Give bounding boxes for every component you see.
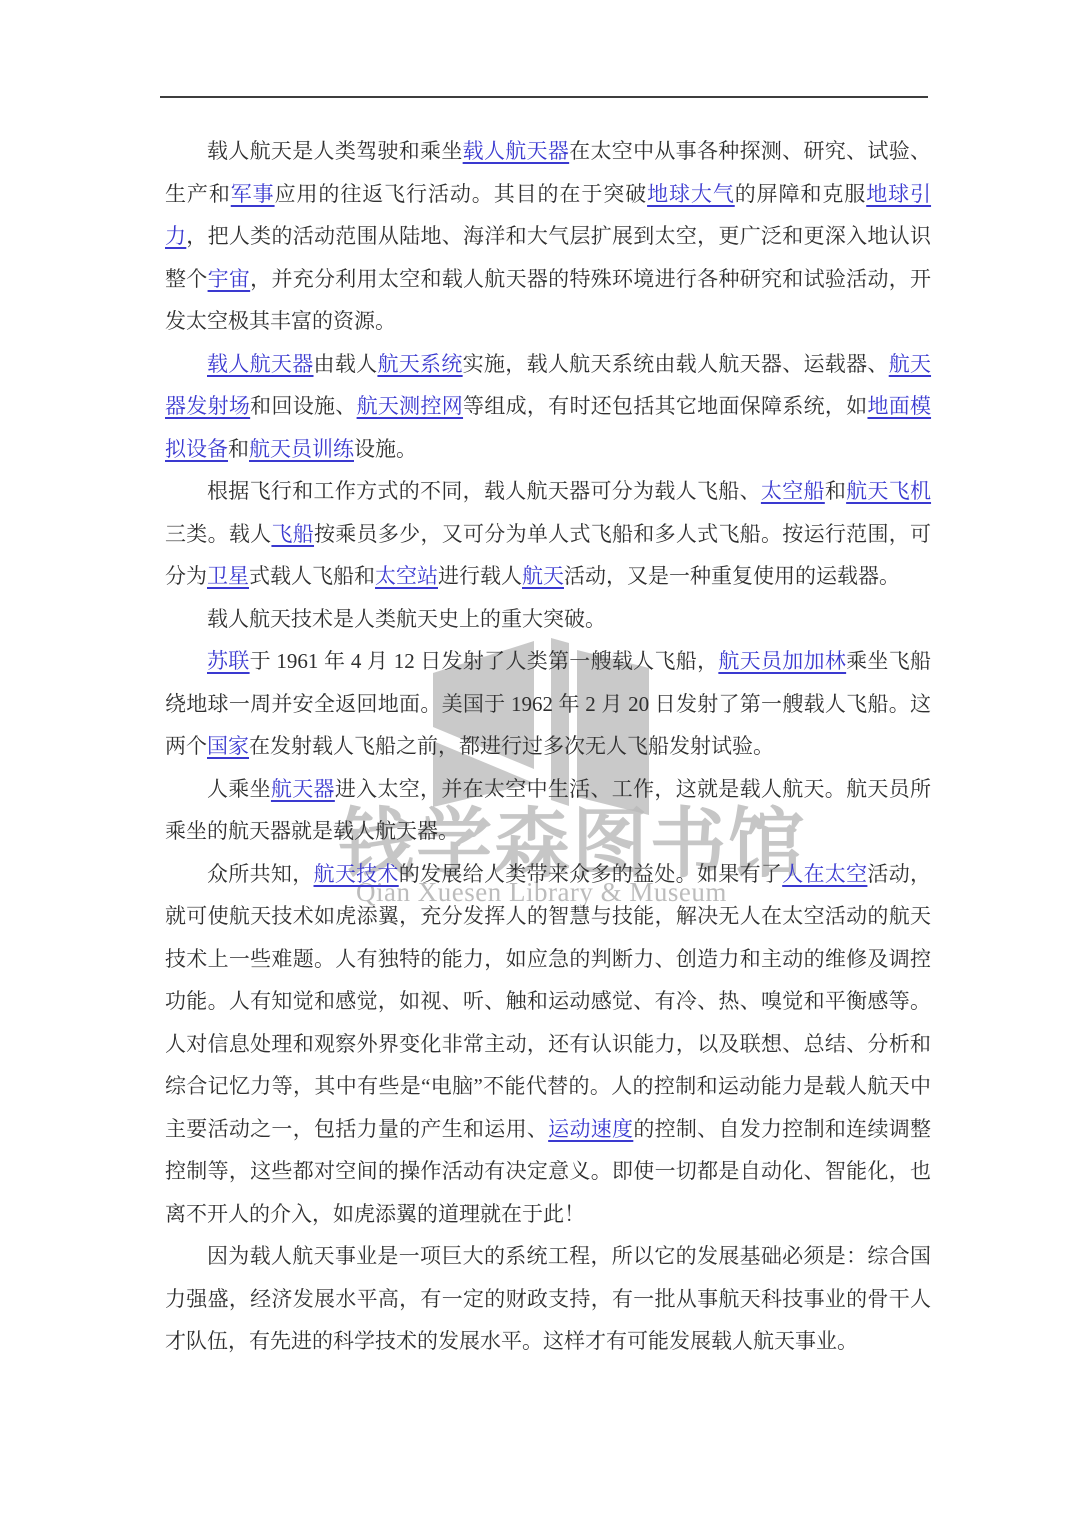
text-run: 活动，又是一种重复使用的运载器。: [564, 564, 900, 588]
paragraph: 因为载人航天事业是一项巨大的系统工程，所以它的发展基础必须是：综合国力强盛，经济…: [165, 1235, 931, 1363]
text-run: 载人航天技术是人类航天史上的重大突破。: [207, 607, 606, 631]
text-run: 众所共知，: [207, 862, 314, 886]
text-run: ，并充分利用太空和载人航天器的特殊环境进行各种研究和试验活动，开发太空极其丰富的…: [165, 267, 931, 334]
text-run: 和回设施、: [250, 394, 356, 418]
paragraph: 根据飞行和工作方式的不同，载人航天器可分为载人飞船、太空船和航天飞机三类。载人飞…: [165, 470, 931, 598]
text-run: 设施。: [354, 437, 417, 461]
text-run: 由载人: [314, 352, 378, 376]
inline-link[interactable]: 载人航天器: [463, 139, 570, 163]
text-run: 实施，载人航天系统由载人航天器、运载器、: [463, 352, 889, 376]
text-run: 等组成，有时还包括其它地面保障系统，如: [463, 394, 867, 418]
inline-link[interactable]: 载人航天器: [207, 352, 314, 376]
inline-link[interactable]: 国家: [207, 734, 249, 758]
text-run: 因为载人航天事业是一项巨大的系统工程，所以它的发展基础必须是：综合国力强盛，经济…: [165, 1244, 931, 1353]
inline-link[interactable]: 航天飞机: [846, 479, 931, 503]
text-run: 三类。载人: [165, 522, 271, 546]
text-run: 人乘坐: [207, 777, 271, 801]
text-run: 和: [825, 479, 846, 503]
text-run: 活动，就可使航天技术如虎添翼，充分发挥人的智慧与技能，解决无人在太空活动的航天技…: [165, 862, 931, 1141]
top-divider: [160, 96, 928, 98]
text-run: 和: [228, 437, 249, 461]
text-run: 进行载人: [438, 564, 522, 588]
inline-link[interactable]: 运动速度: [548, 1117, 633, 1141]
paragraph: 载人航天器由载人航天系统实施，载人航天系统由载人航天器、运载器、航天器发射场和回…: [165, 343, 931, 471]
inline-link[interactable]: 军事: [231, 182, 275, 206]
paragraph: 人乘坐航天器进入太空，并在太空中生活、工作，这就是载人航天。航天员所乘坐的航天器…: [165, 768, 931, 853]
inline-link[interactable]: 宇宙: [208, 267, 251, 291]
inline-link[interactable]: 航天系统: [377, 352, 462, 376]
inline-link[interactable]: 地球大气: [647, 182, 735, 206]
inline-link[interactable]: 飞船: [271, 522, 314, 546]
inline-link[interactable]: 卫星: [207, 564, 249, 588]
text-run: 于 1961 年 4 月 12 日发射了人类第一艘载人飞船，: [250, 649, 719, 673]
text-run: 的屏障和克服: [735, 182, 866, 206]
text-run: 式载人飞船和: [249, 564, 375, 588]
text-run: 在发射载人飞船之前，都进行过多次无人飞船发射试验。: [249, 734, 774, 758]
paragraph: 苏联于 1961 年 4 月 12 日发射了人类第一艘载人飞船，航天员加加林乘坐…: [165, 640, 931, 768]
inline-link[interactable]: 航天技术: [314, 862, 399, 886]
text-run: 载人航天是人类驾驶和乘坐: [207, 139, 463, 163]
inline-link[interactable]: 航天器: [271, 777, 335, 801]
paragraph: 载人航天技术是人类航天史上的重大突破。: [165, 598, 931, 641]
inline-link[interactable]: 航天: [522, 564, 564, 588]
paragraph: 众所共知，航天技术的发展给人类带来众多的益处。如果有了人在太空活动，就可使航天技…: [165, 853, 931, 1236]
inline-link[interactable]: 太空船: [761, 479, 825, 503]
text-run: 应用的往返飞行活动。其目的在于突破: [275, 182, 648, 206]
inline-link[interactable]: 太空站: [375, 564, 438, 588]
text-run: 根据飞行和工作方式的不同，载人航天器可分为载人飞船、: [207, 479, 761, 503]
document-body: 载人航天是人类驾驶和乘坐载人航天器在太空中从事各种探测、研究、试验、生产和军事应…: [165, 130, 931, 1363]
inline-link[interactable]: 航天员训练: [249, 437, 354, 461]
inline-link[interactable]: 航天员加加林: [718, 649, 846, 673]
text-run: 的发展给人类带来众多的益处。如果有了: [399, 862, 782, 886]
paragraph: 载人航天是人类驾驶和乘坐载人航天器在太空中从事各种探测、研究、试验、生产和军事应…: [165, 130, 931, 343]
inline-link[interactable]: 苏联: [207, 649, 250, 673]
inline-link[interactable]: 人在太空: [782, 862, 867, 886]
inline-link[interactable]: 航天测控网: [357, 394, 463, 418]
document-page: 钱学森图书馆 Qian Xuesen Library & Museum 载人航天…: [0, 0, 1074, 1520]
